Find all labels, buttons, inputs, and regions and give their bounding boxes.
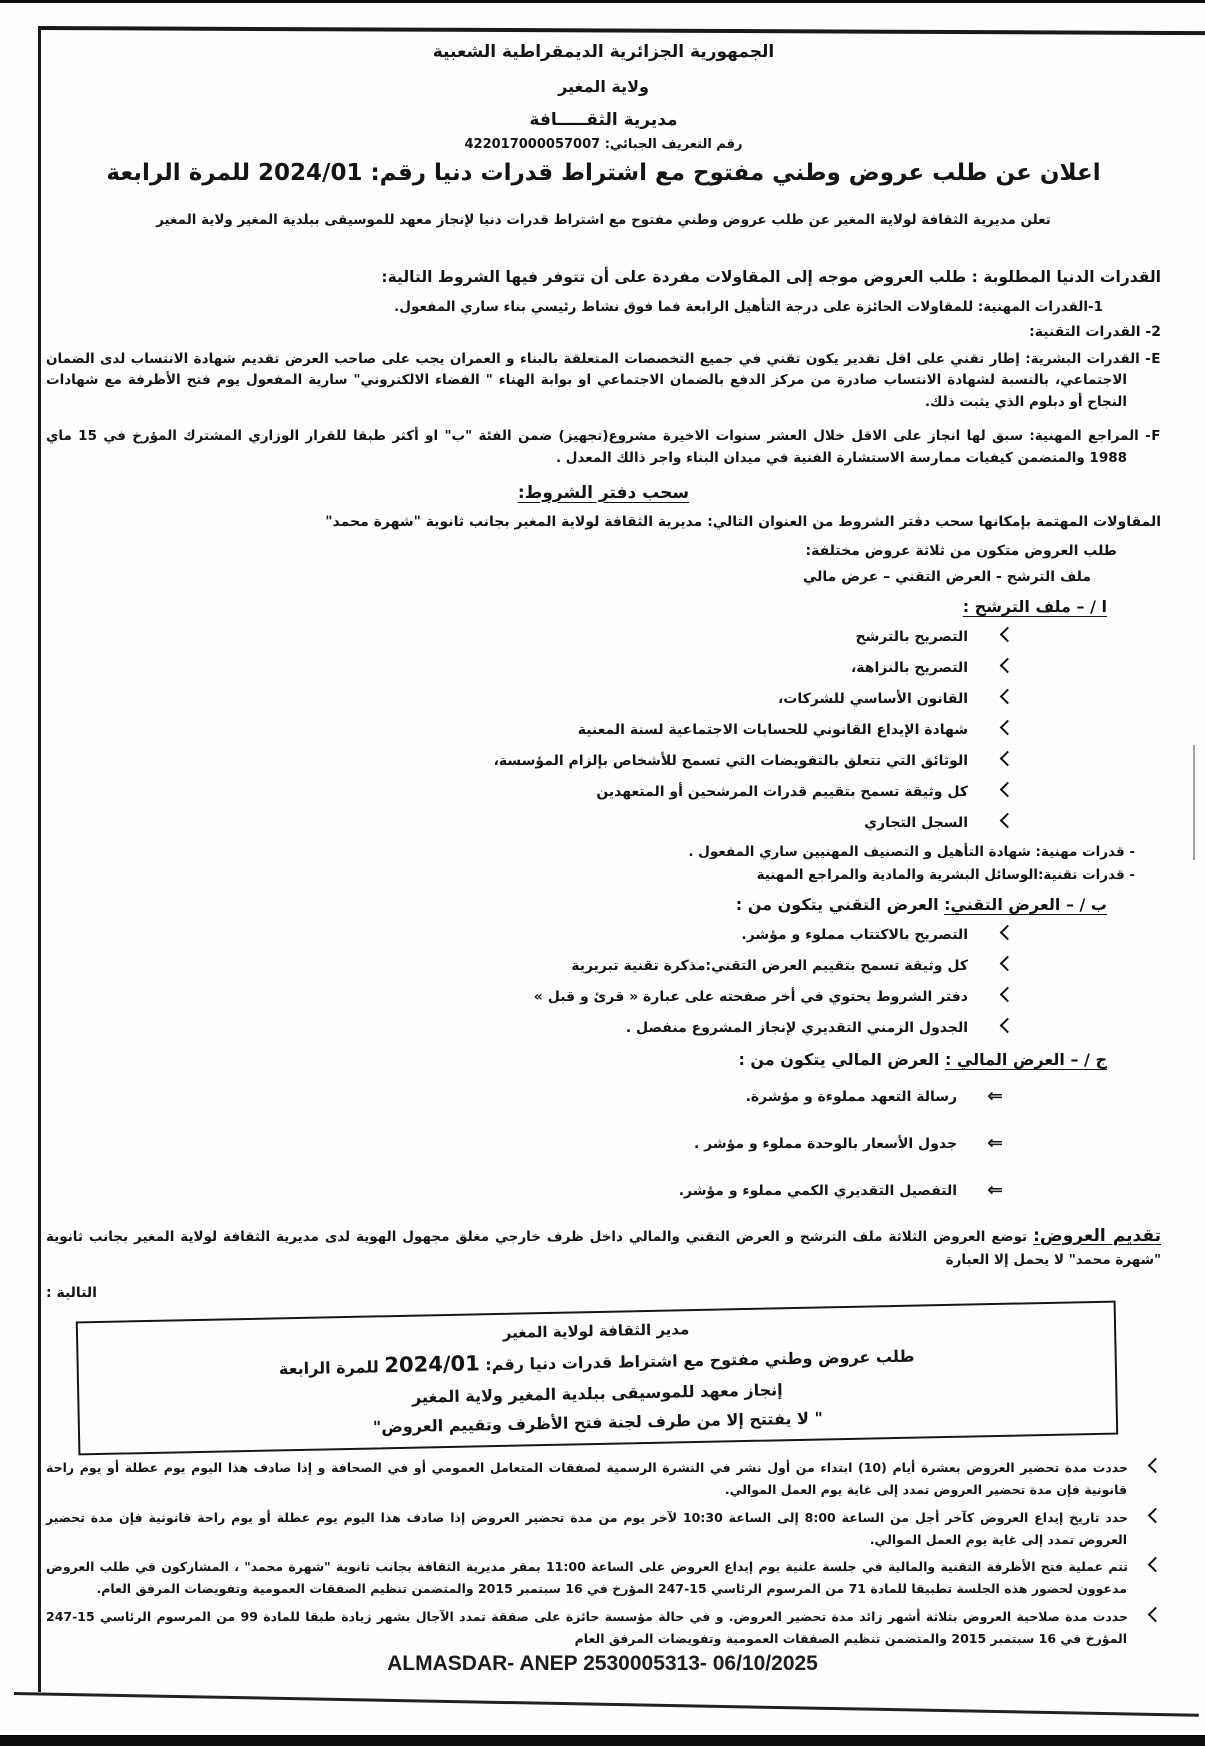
page-frame-right-mark xyxy=(1193,745,1195,860)
deadline-item: تتم عملية فتح الأظرفة التقنية والمالية ف… xyxy=(46,1556,1161,1600)
professional-references-item: F- المراجع المهنية: سبق لها انجاز على ال… xyxy=(46,426,1161,469)
intro-line: تعلن مديرية الثقافة لولاية المغير عن طلب… xyxy=(46,212,1161,228)
list-item-text: كل وثيقة تسمح بتقييم قدرات المرشحين أو ا… xyxy=(596,784,968,800)
professional-capacity-note: - قدرات مهنية: شهادة التأهيل و التصنيف ا… xyxy=(46,844,1135,860)
chevron-bullet-icon xyxy=(1148,1458,1164,1474)
envelope-inscription-box: مدير الثقافة لولاية المغير طلب عروض وطني… xyxy=(76,1300,1118,1455)
list-item: ⇐جدول الأسعار بالوحدة مملوء و مؤشر . xyxy=(46,1133,1003,1154)
withdraw-specs-heading: سحب دفتر الشروط: xyxy=(46,483,1161,503)
list-item: التصريح بالاكتتاب مملوء و مؤشر. xyxy=(46,925,1013,945)
deadline-item: حددت مدة تحضير العروض بعشرة أيام (10) اب… xyxy=(46,1457,1161,1501)
chevron-bullet-icon xyxy=(1000,1017,1016,1033)
footer-divider-line xyxy=(14,1692,1199,1717)
box-tender-number: 2024/01 xyxy=(384,1351,480,1377)
deadline-item: حددت مدة صلاحية العروض بثلاثة أشهر زائد … xyxy=(46,1606,1161,1650)
human-resources-text: القدرات البشرية: إطار تقني على اقل تقدير… xyxy=(46,351,1140,410)
deadline-item-text: حددت مدة تحضير العروض بعشرة أيام (10) اب… xyxy=(46,1460,1128,1497)
list-item: القانون الأساسي للشركات، xyxy=(46,689,1013,709)
list-item-text: كل وثيقة تسمح بتقييم العرض التقني:مذكرة … xyxy=(571,958,968,974)
directorate-header: مديرية الثقـــــافة xyxy=(46,110,1161,130)
double-arrow-icon: ⇐ xyxy=(987,1180,1003,1200)
list-item-text: التصريح بالترشح xyxy=(855,629,968,645)
list-item: التصريح بالنزاهة، xyxy=(46,658,1013,678)
scan-bottom-edge xyxy=(0,1735,1205,1746)
box-tender-line-pre: طلب عروض وطني مفتوح مع اشتراط قدرات دنيا… xyxy=(480,1347,915,1375)
technical-offer-heading-rest: العرض التقني يتكون من : xyxy=(736,895,944,914)
financial-offer-heading-label: ج / – العرض المالي : xyxy=(945,1050,1107,1069)
list-item-text: التصريح بالنزاهة، xyxy=(851,660,968,676)
withdraw-address-line: المقاولات المهتمة بإمكانها سحب دفتر الشر… xyxy=(46,514,1161,530)
list-item: التصريح بالترشح xyxy=(46,627,1013,647)
list-item-text: الوثائق التي تتعلق بالتفويضات التي تسمح … xyxy=(494,753,968,769)
list-item: ⇐التفصيل التقديري الكمي مملوء و مؤشر. xyxy=(46,1180,1003,1201)
chevron-bullet-icon xyxy=(1000,657,1016,673)
list-item: ⇐رسالة التعهد مملوءة و مؤشرة. xyxy=(46,1086,1003,1107)
chevron-bullet-icon xyxy=(1000,626,1016,642)
candidacy-bullet-list: التصريح بالترشح التصريح بالنزاهة، القانو… xyxy=(46,627,1161,833)
financial-offer-heading: ج / – العرض المالي : العرض المالي يتكون … xyxy=(46,1050,1107,1069)
list-item-text: السجل التجاري xyxy=(864,815,968,831)
republic-header: الجمهورية الجزائرية الديمقراطية الشعبية xyxy=(46,42,1161,62)
list-item-text: رسالة التعهد مملوءة و مؤشرة. xyxy=(746,1089,958,1105)
chevron-bullet-icon xyxy=(1148,1557,1164,1573)
candidacy-file-heading: ا / – ملف الترشح : xyxy=(46,597,1107,616)
chevron-bullet-icon xyxy=(1000,750,1016,766)
offers-list-line: ملف الترشح - العرض التقني – عرض مالي xyxy=(46,569,1091,585)
candidacy-file-heading-text: ا / – ملف الترشح : xyxy=(963,597,1107,616)
list-item-text: القانون الأساسي للشركات، xyxy=(778,691,968,707)
professional-references-text: المراجع المهنية: سبق لها انجاز على الاقل… xyxy=(46,428,1139,465)
professional-capabilities-item: 1-القدرات المهنية: للمقاولات الحائزة على… xyxy=(46,299,1103,315)
chevron-bullet-icon xyxy=(1000,688,1016,704)
offers-composition-line: طلب العروض متكون من ثلاثة عروض مختلفة: xyxy=(46,543,1117,559)
chevron-bullet-icon xyxy=(1000,986,1016,1002)
chevron-bullet-icon xyxy=(1148,1607,1164,1623)
financial-offer-heading-rest: العرض المالي يتكون من : xyxy=(738,1050,945,1069)
chevron-bullet-icon xyxy=(1148,1507,1164,1523)
document-content: الجمهورية الجزائرية الديمقراطية الشعبية … xyxy=(46,26,1161,1656)
list-item: السجل التجاري xyxy=(46,813,1013,833)
deadline-item: حدد تاريخ إيداع العروض كآخر أجل من الساع… xyxy=(46,1507,1161,1551)
deadline-item-text: حدد تاريخ إيداع العروض كآخر أجل من الساع… xyxy=(46,1510,1128,1547)
financial-bullet-list: ⇐رسالة التعهد مملوءة و مؤشرة. ⇐جدول الأس… xyxy=(46,1086,1161,1201)
technical-offer-heading: ب / – العرض التقني: العرض التقني يتكون م… xyxy=(46,895,1107,914)
list-item-text: شهادة الإيداع القانوني للحسابات الاجتماع… xyxy=(578,722,968,738)
list-item: كل وثيقة تسمح بتقييم قدرات المرشحين أو ا… xyxy=(46,782,1013,802)
chevron-bullet-icon xyxy=(1000,719,1016,735)
list-item-text: دفتر الشروط يحتوي في أخر صفحته على عبارة… xyxy=(534,989,968,1005)
list-item: الجدول الزمني التقديري لإنجاز المشروع من… xyxy=(46,1018,1013,1038)
technical-capabilities-item: 2- القدرات التقنية: xyxy=(46,324,1161,340)
page-frame-left-border xyxy=(38,26,41,1692)
submission-label: تقديم العروض: xyxy=(1033,1226,1161,1246)
list-item: كل وثيقة تسمح بتقييم العرض التقني:مذكرة … xyxy=(46,956,1013,976)
list-item: دفتر الشروط يحتوي في أخر صفحته على عبارة… xyxy=(46,987,1013,1007)
deadlines-list: حددت مدة تحضير العروض بعشرة أيام (10) اب… xyxy=(46,1457,1161,1650)
chevron-bullet-icon xyxy=(1000,812,1016,828)
human-resources-item: E- القدرات البشرية: إطار تقني على اقل تق… xyxy=(46,349,1161,413)
double-arrow-icon: ⇐ xyxy=(987,1133,1003,1153)
deadline-item-text: تتم عملية فتح الأظرفة التقنية والمالية ف… xyxy=(46,1559,1128,1596)
technical-capacity-note: - قدرات تقنية:الوسائل البشرية والمادية و… xyxy=(46,867,1135,883)
submission-text: توضع العروض الثلاثة ملف الترشح و العرض ا… xyxy=(46,1229,1161,1268)
list-item-text: التفصيل التقديري الكمي مملوء و مؤشر. xyxy=(679,1183,957,1199)
list-item: الوثائق التي تتعلق بالتفويضات التي تسمح … xyxy=(46,751,1013,771)
technical-bullet-list: التصريح بالاكتتاب مملوء و مؤشر. كل وثيقة… xyxy=(46,925,1161,1038)
double-arrow-icon: ⇐ xyxy=(987,1086,1003,1106)
box-tender-line-post: للمرة الرابعة xyxy=(279,1357,385,1378)
scan-top-edge xyxy=(0,0,1205,3)
list-item-text: التصريح بالاكتتاب مملوء و مؤشر. xyxy=(741,927,968,943)
wilaya-header: ولاية المغير xyxy=(46,77,1161,96)
list-item-text: جدول الأسعار بالوحدة مملوء و مؤشر . xyxy=(694,1136,957,1152)
submission-paragraph: تقديم العروض: توضع العروض الثلاثة ملف ال… xyxy=(46,1223,1161,1272)
list-item-text: الجدول الزمني التقديري لإنجاز المشروع من… xyxy=(626,1020,968,1036)
deadline-item-text: حددت مدة صلاحية العروض بثلاثة أشهر زائد … xyxy=(46,1609,1128,1646)
tax-id-line: رقم التعريف الجبائي: 422017000057007 xyxy=(46,137,1161,152)
technical-offer-heading-label: ب / – العرض التقني: xyxy=(944,895,1107,914)
anep-footer-line: ALMASDAR- ANEP 2530005313- 06/10/2025 xyxy=(0,1652,1205,1676)
human-resources-label: E- xyxy=(1145,351,1161,367)
submission-tail: التالية : xyxy=(46,1285,1161,1301)
professional-references-label: F- xyxy=(1145,428,1161,444)
list-item: شهادة الإيداع القانوني للحسابات الاجتماع… xyxy=(46,720,1013,740)
scanned-tender-announcement-page: الجمهورية الجزائرية الديمقراطية الشعبية … xyxy=(0,0,1205,1746)
announcement-title: اعلان عن طلب عروض وطني مفتوح مع اشتراط ق… xyxy=(46,160,1161,186)
chevron-bullet-icon xyxy=(1000,924,1016,940)
min-capabilities-heading: القدرات الدنيا المطلوبة : طلب العروض موج… xyxy=(46,268,1161,286)
chevron-bullet-icon xyxy=(1000,781,1016,797)
chevron-bullet-icon xyxy=(1000,955,1016,971)
